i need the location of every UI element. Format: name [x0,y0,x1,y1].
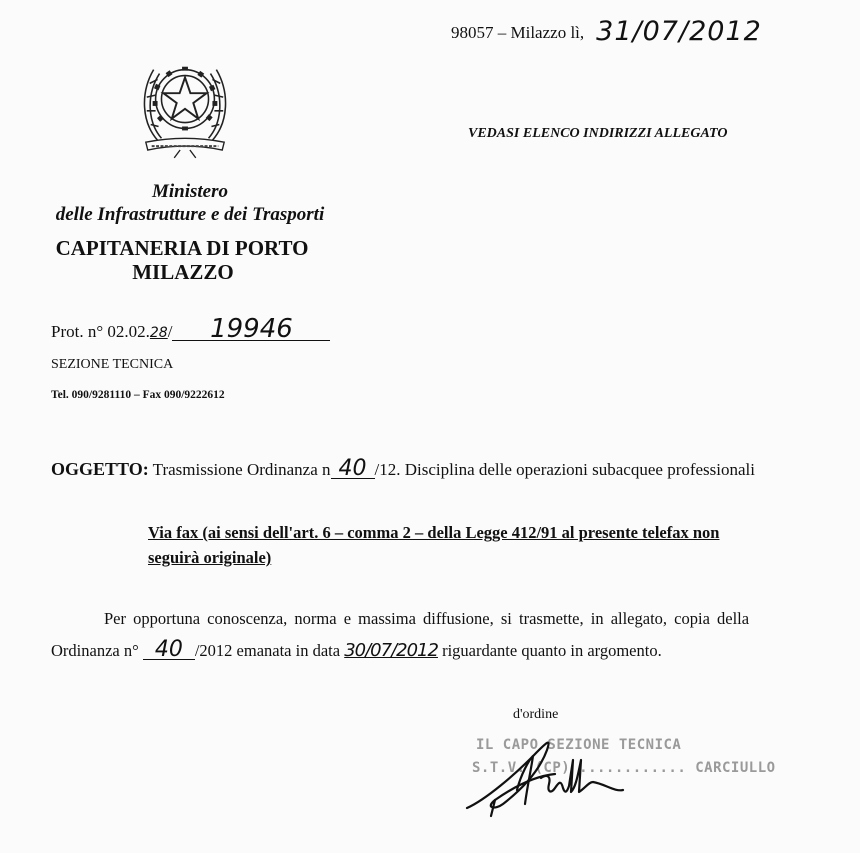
ministry-heading: Ministero delle Infrastrutture e dei Tra… [30,180,350,226]
office-line-2: MILAZZO [16,260,350,284]
body-text-end: riguardante quanto in argomento. [442,641,662,660]
ministry-line-1: Ministero [30,180,350,203]
subject-ordinance-number: 40 [331,460,375,479]
office-heading: CAPITANERIA DI PORTO MILAZZO [30,236,350,284]
protocol-sub: 28 [150,325,168,341]
signature-icon [455,730,675,820]
fax-note: Via fax (ai sensi dell'art. 6 – comma 2 … [148,520,758,570]
subject-label: OGGETTO: [51,459,149,479]
place-label: 98057 – Milazzo lì, [451,23,584,42]
italian-republic-emblem-icon [136,44,234,160]
body-text-middle: /2012 emanata in data [195,641,340,660]
by-order-label: d'ordine [513,707,558,723]
recipients-note: VEDASI ELENCO INDIRIZZI ALLEGATO [468,126,727,142]
body-ordinance-label: Ordinanza n° [51,641,139,660]
body-line-2: Ordinanza n° 40/2012 emanata in data 30/… [51,640,662,661]
tel-fax-line: Tel. 090/9281110 – Fax 090/9222612 [51,389,225,401]
office-line-1: CAPITANERIA DI PORTO [14,236,350,260]
protocol-line: Prot. n° 02.02.28/19946 [51,318,330,342]
handwritten-date: 31/07/2012 [596,16,762,47]
section-label: SEZIONE TECNICA [51,357,173,373]
body-issue-date: 30/07/2012 [344,640,438,661]
body-ordinance-number: 40 [143,641,195,660]
body-line-1: Per opportuna conoscenza, norma e massim… [104,609,749,629]
protocol-prefix: Prot. n° 02.02. [51,322,150,341]
place-date-line: 98057 – Milazzo lì,31/07/2012 [451,14,762,45]
ministry-line-2: delle Infrastrutture e dei Trasporti [30,203,350,226]
subject-text-before: Trasmissione Ordinanza n [153,460,331,479]
subject-text-after: /12. Disciplina delle operazioni subacqu… [375,460,756,479]
protocol-number: 19946 [172,318,330,341]
subject-line: OGGETTO: Trasmissione Ordinanza n40/12. … [51,459,755,480]
